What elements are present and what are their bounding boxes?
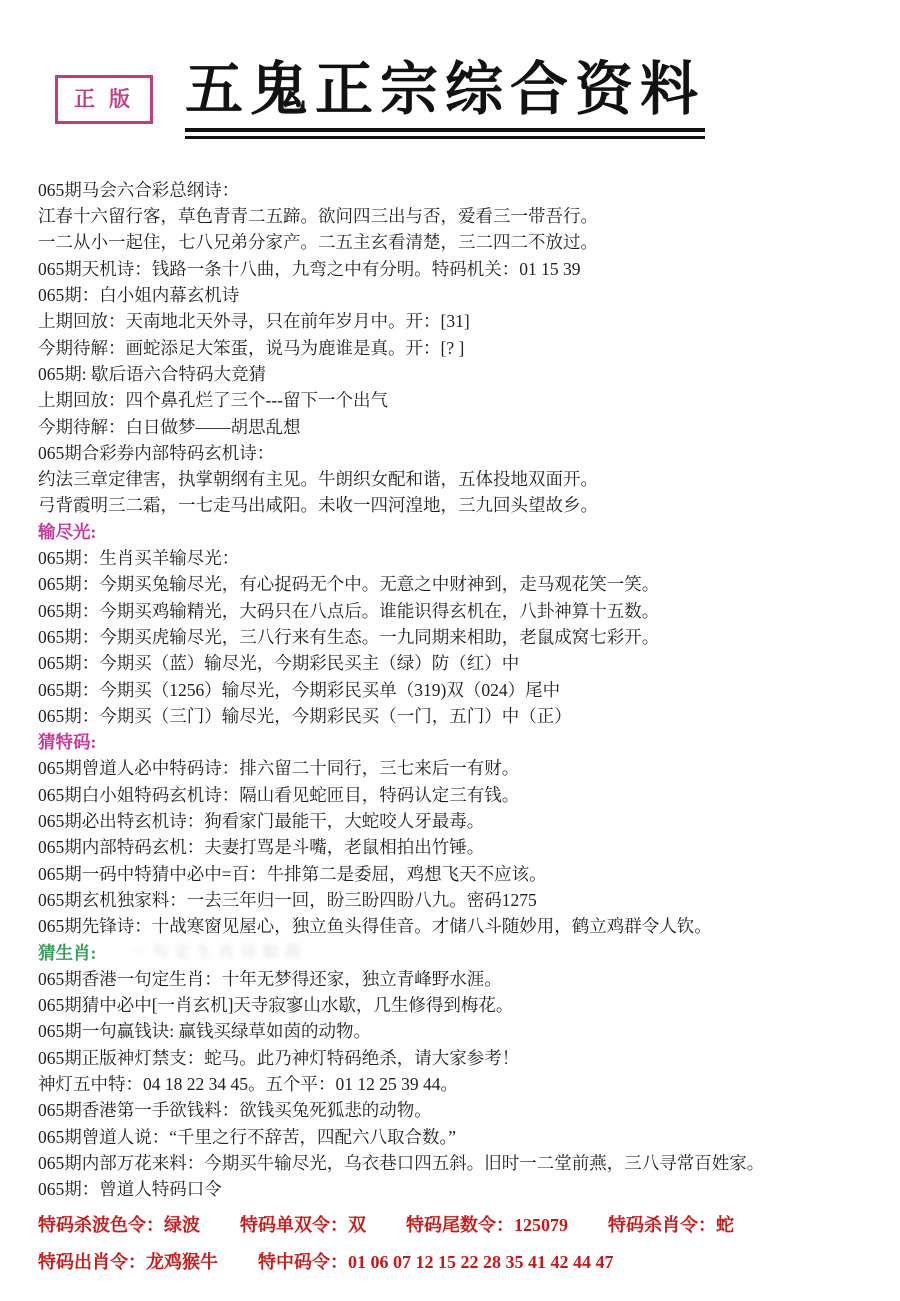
text-line: 一二从小一起住，七八兄弟分家产。二五主玄看清楚，三二四二不放过。 (38, 229, 886, 255)
text-line: 065期：今期买鸡输精光，大码只在八点后。谁能识得玄机在，八卦神算十五数。 (38, 598, 886, 624)
text-line: 065期香港第一手欲钱料：欲钱买兔死狐悲的动物。 (38, 1097, 886, 1123)
text-line: 神灯五中特：04 18 22 34 45。五个平：01 12 25 39 44。 (38, 1071, 886, 1097)
text-line: 上期回放：四个鼻孔烂了三个---留下一个出气 (38, 387, 886, 413)
text-line: 065期白小姐特码玄机诗：隔山看见蛇匝目，特码认定三有钱。 (38, 782, 886, 808)
section-heading: 猜特码: (38, 729, 886, 755)
text-line: 065期内部万花来料：今期买牛输尽光，乌衣巷口四五斜。旧时一二堂前燕，三八寻常百… (38, 1150, 886, 1176)
text-line: 特码杀波色令：绿波特码单双令：双特码尾数令：125079特码杀肖令：蛇 (38, 1212, 886, 1238)
code-segment: 特中码令：01 06 07 12 15 22 28 35 41 42 44 47 (258, 1252, 614, 1272)
text-line: 065期：今期买（蓝）输尽光，今期彩民买主（绿）防（红）中 (38, 650, 886, 676)
text-line: 今期待解：白日做梦——胡思乱想 (38, 414, 886, 440)
text-line: 065期先锋诗：十战寒窗见屋心，独立鱼头得佳音。才储八斗随妙用，鹤立鸡群令人钦。 (38, 913, 886, 939)
title-underline-top (185, 128, 705, 132)
text-line: 065期马会六合彩总纲诗： (38, 177, 886, 203)
section-heading: 猜生肖:一句定生肖诗如茵 (38, 940, 886, 966)
text-line: 065期正版神灯禁支：蛇马。此乃神灯特码绝杀，请大家参考！ (38, 1045, 886, 1071)
header: 正版 五鬼正宗综合资料 (0, 0, 900, 139)
text-line: 065期：生肖买羊输尽光： (38, 545, 886, 571)
text-line: 065期：今期买（1256）输尽光，今期彩民买单（319)双（024）尾中 (38, 677, 886, 703)
text-line: 065期：曾道人特码口令 (38, 1176, 886, 1202)
text-line: 065期合彩券内部特码玄机诗： (38, 440, 886, 466)
code-segment: 特码单双令：双 (240, 1215, 366, 1235)
text-line: 065期必出特玄机诗：狗看家门最能干，大蛇咬人牙最毒。 (38, 808, 886, 834)
title-block: 五鬼正宗综合资料 (185, 60, 705, 139)
text-line: 约法三章定律害，执掌朝纲有主见。牛朗织女配和谐，五体投地双面开。 (38, 466, 886, 492)
text-line: 弓背霞明三二霜，一七走马出咸阳。未收一四河湟地，三九回头望故乡。 (38, 492, 886, 518)
text-line: 065期: 歇后语六合特码大竞猜 (38, 361, 886, 387)
text-line: 065期天机诗：钱路一条十八曲，九弯之中有分明。特码机关：01 15 39 (38, 256, 886, 282)
text-line: 065期一码中特猜中必中=百：牛排第二是委屈，鸡想飞天不应该。 (38, 861, 886, 887)
content-body: 065期马会六合彩总纲诗：江春十六留行客，草色青青二五蹄。欲问四三出与否，爱看三… (38, 177, 886, 1275)
ghost-artifact-text: 一句定生肖诗如茵 (130, 940, 306, 966)
title-underline-bottom (185, 136, 705, 139)
code-segment: 特码出肖令：龙鸡猴牛 (38, 1252, 218, 1272)
text-line: 065期：今期买兔输尽光，有心捉码无个中。无意之中财神到，走马观花笑一笑。 (38, 571, 886, 597)
text-line: 065期：白小姐内幕玄机诗 (38, 282, 886, 308)
text-line: 上期回放：天南地北天外寻，只在前年岁月中。开：[31] (38, 308, 886, 334)
text-line: 江春十六留行客，草色青青二五蹄。欲问四三出与否，爱看三一带吾行。 (38, 203, 886, 229)
code-segment: 特码杀肖令：蛇 (608, 1215, 734, 1235)
text-line: 065期香港一句定生肖：十年无梦得还家，独立青峰野水涯。 (38, 966, 886, 992)
code-segment: 特码尾数令：125079 (406, 1215, 568, 1235)
text-line: 065期猜中必中[一肖玄机]天寺寂寥山水歇，几生修得到梅花。 (38, 992, 886, 1018)
text-line: 065期一句赢钱诀: 赢钱买绿草如茵的动物。 (38, 1018, 886, 1044)
text-line: 065期：今期买（三门）输尽光，今期彩民买（一门，五门）中（正） (38, 703, 886, 729)
text-line: 今期待解：画蛇添足大笨蛋，说马为鹿谁是真。开：[? ] (38, 335, 886, 361)
page-title: 五鬼正宗综合资料 (185, 60, 705, 121)
section-heading: 输尽光: (38, 519, 886, 545)
code-segment: 特码杀波色令：绿波 (38, 1215, 200, 1235)
page: 正版 五鬼正宗综合资料 065期马会六合彩总纲诗：江春十六留行客，草色青青二五蹄… (0, 0, 900, 1301)
text-line: 065期曾道人必中特码诗：排六留二十同行，三七来后一有财。 (38, 755, 886, 781)
text-line: 特码出肖令：龙鸡猴牛特中码令：01 06 07 12 15 22 28 35 4… (38, 1249, 886, 1275)
authentic-badge: 正版 (55, 75, 153, 124)
text-line: 065期内部特码玄机：夫妻打骂是斗嘴，老鼠相拍出竹锤。 (38, 834, 886, 860)
text-line: 065期曾道人说：“千里之行不辞苦，四配六八取合数。” (38, 1124, 886, 1150)
text-line: 065期玄机独家料：一去三年归一回，盼三盼四盼八九。密码1275 (38, 887, 886, 913)
text-line: 065期：今期买虎输尽光，三八行来有生态。一九同期来相助，老鼠成窝七彩开。 (38, 624, 886, 650)
